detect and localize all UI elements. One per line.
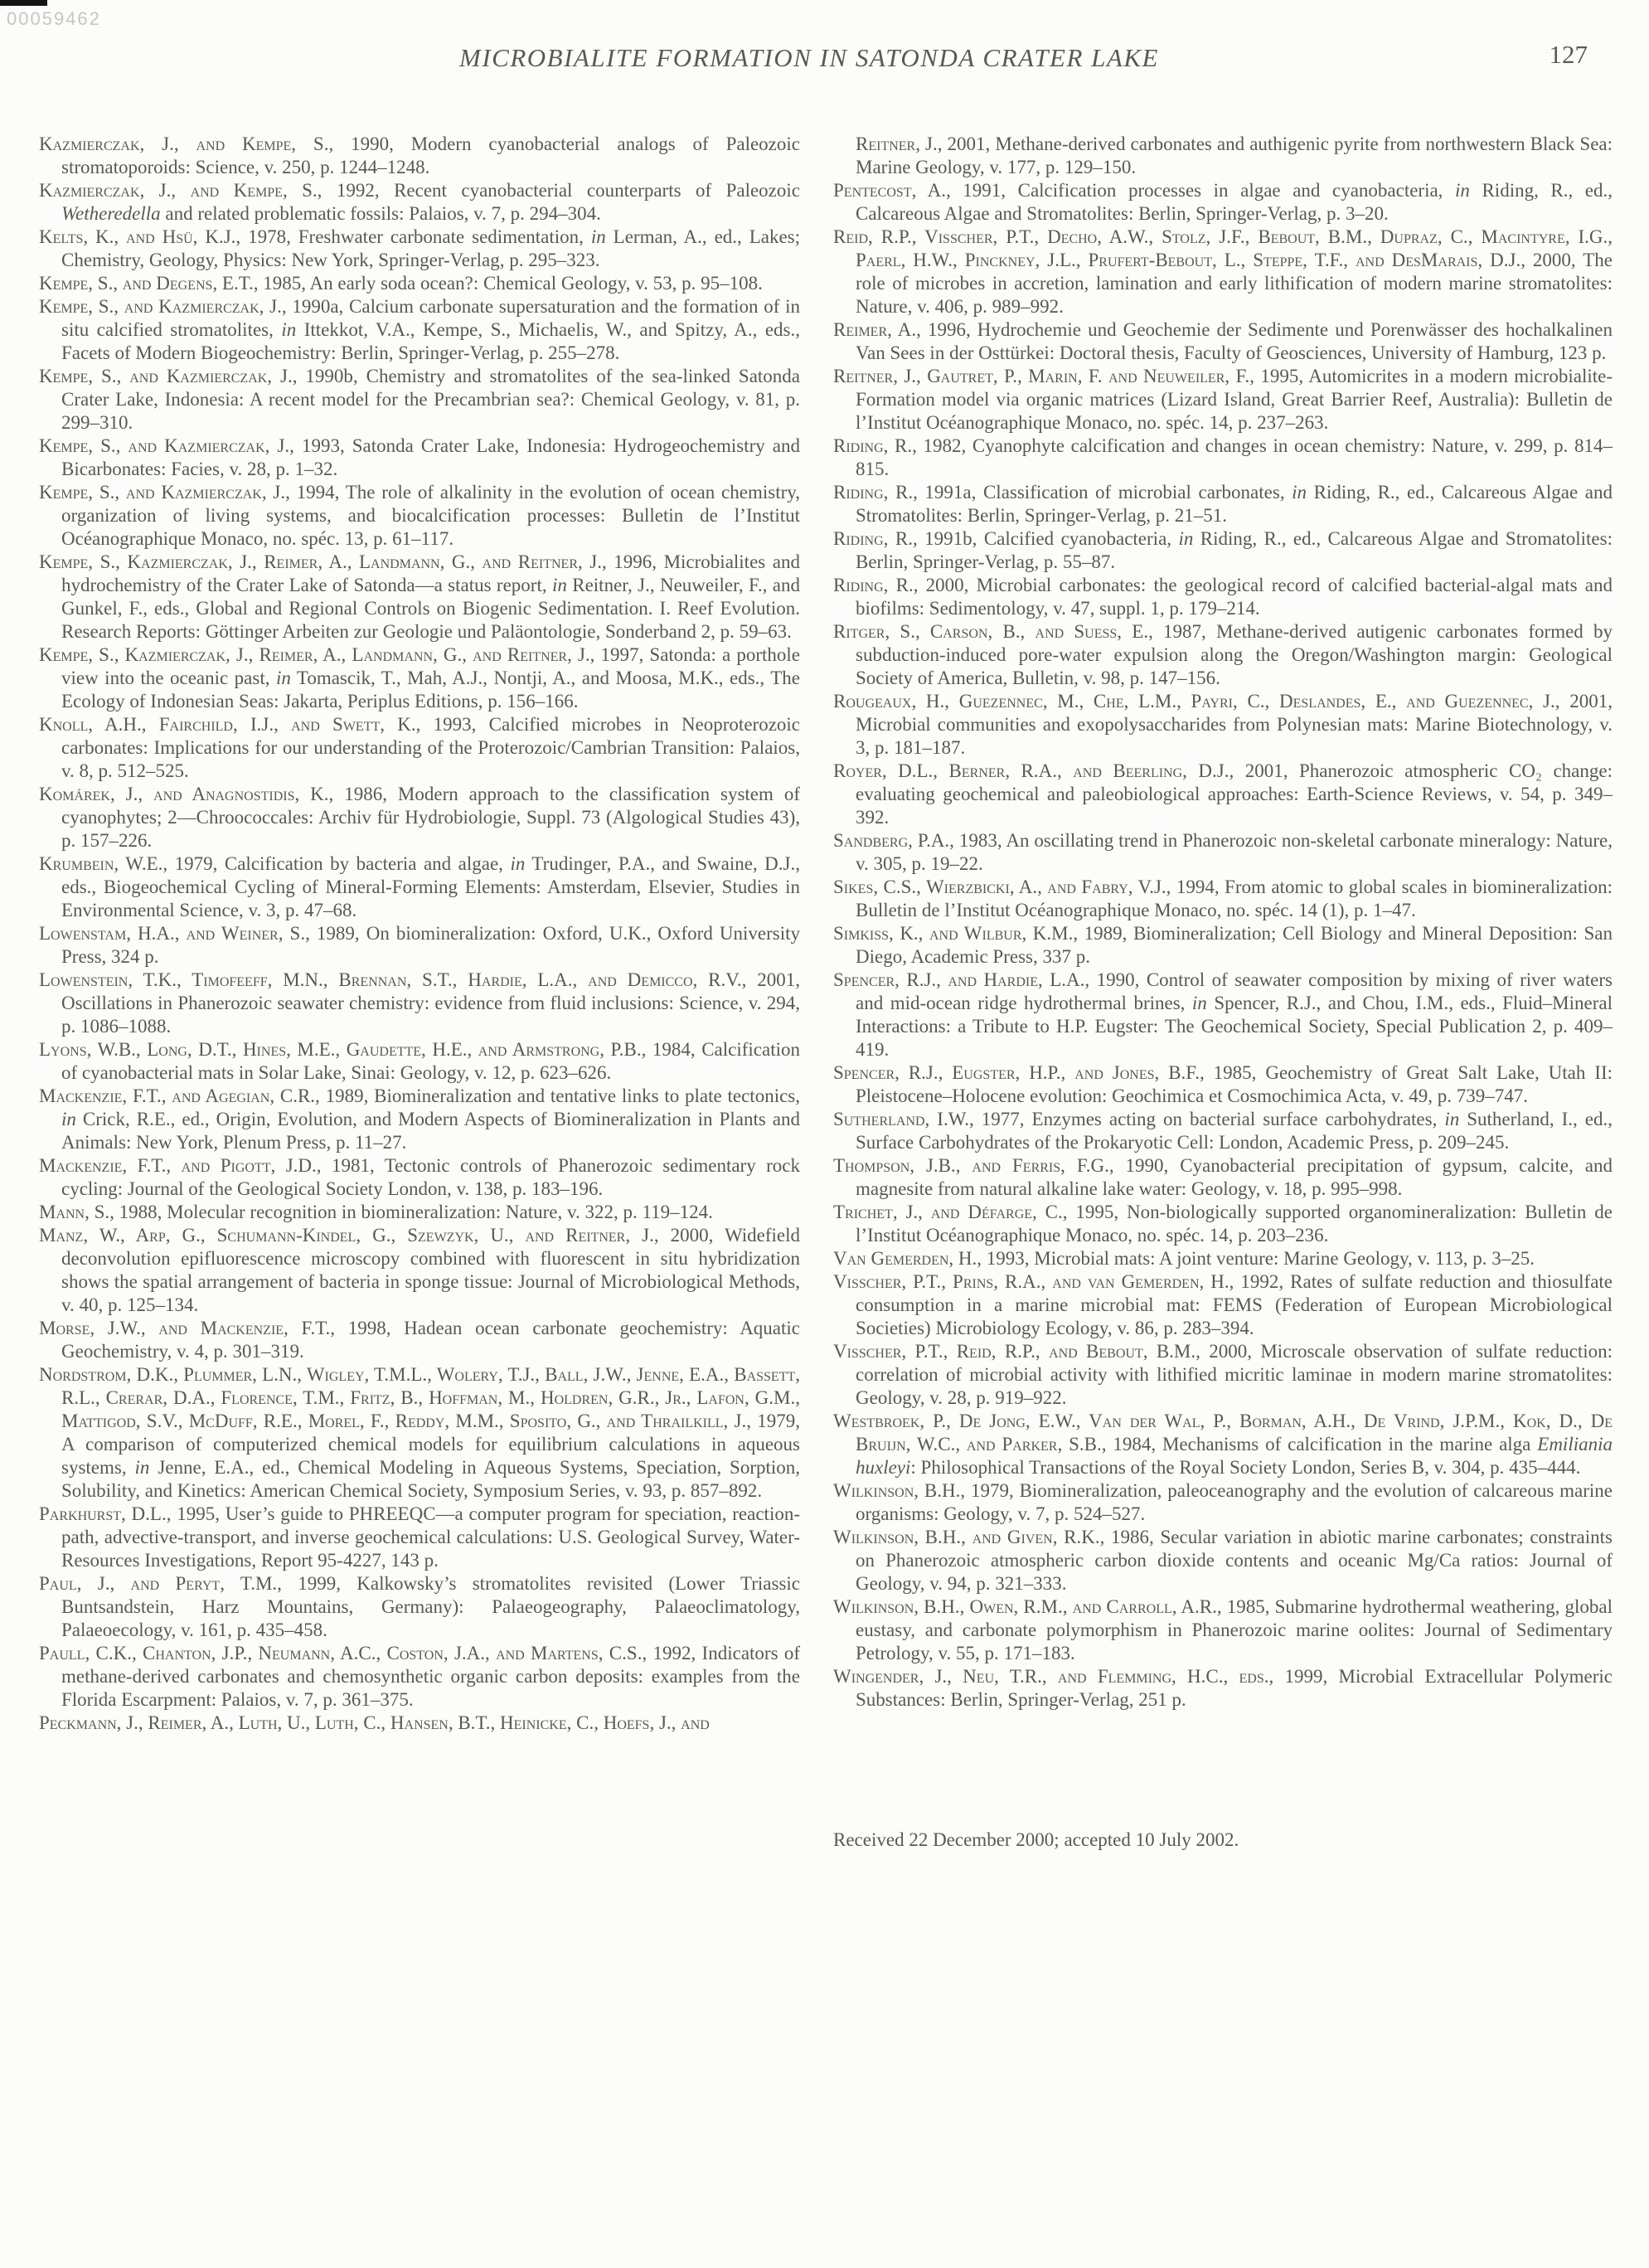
reference-entry: Knoll, A.H., Fairchild, I.J., and Swett,… [39, 713, 800, 783]
reference-authors: Reitner, J., Gautret, P., Marin, F. and … [833, 366, 1254, 386]
reference-entry: Kelts, K., and Hsü, K.J., 1978, Freshwat… [39, 226, 800, 272]
reference-authors: Thompson, J.B., and Ferris, F.G., [833, 1155, 1114, 1176]
reference-entry: Reimer, A., 1996, Hydrochemie und Geoche… [833, 318, 1613, 365]
reference-authors: Sikes, C.S., Wierzbicki, A., and Fabry, … [833, 877, 1171, 897]
reference-italic-text: in [281, 319, 296, 340]
reference-authors: Mackenzie, F.T., and Agegian, C.R., [39, 1085, 320, 1106]
reference-entry: Sutherland, I.W., 1977, Enzymes acting o… [833, 1108, 1613, 1154]
reference-text: 2001, Methane-derived carbonates and aut… [856, 134, 1613, 177]
reference-entry: Spencer, R.J., and Hardie, L.A., 1990, C… [833, 969, 1613, 1061]
reference-italic-text: in [276, 668, 291, 688]
reference-text: : Philosophical Transactions of the Roya… [910, 1457, 1580, 1478]
reference-entry: Visscher, P.T., Reid, R.P., and Bebout, … [833, 1340, 1613, 1410]
reference-authors: Krumbein, W.E., [39, 853, 167, 874]
scan-corner-mark [0, 0, 47, 6]
reference-entry: Kempe, S., Kazmierczak, J., Reimer, A., … [39, 551, 800, 643]
reference-authors: Reimer, A., [833, 319, 921, 340]
reference-authors: Parkhurst, D.L., [39, 1503, 171, 1524]
reference-authors: Spencer, R.J., Eugster, H.P., and Jones,… [833, 1062, 1205, 1083]
reference-entry: Lowenstein, T.K., Timofeeff, M.N., Brenn… [39, 969, 800, 1038]
reference-authors: Lowenstein, T.K., Timofeeff, M.N., Brenn… [39, 969, 746, 990]
received-note: Received 22 December 2000; accepted 10 J… [833, 1829, 1239, 1851]
reference-entry: Kempe, S., and Kazmierczak, J., 1990a, C… [39, 295, 800, 365]
reference-authors: Kempe, S., Kazmierczak, J., Reimer, A., … [39, 644, 594, 665]
reference-entry: Nordstrom, D.K., Plummer, L.N., Wigley, … [39, 1363, 800, 1503]
reference-entry: Kempe, S., Kazmierczak, J., Reimer, A., … [39, 643, 800, 713]
reference-authors: Morse, J.W., and Mackenzie, F.T., [39, 1318, 335, 1338]
reference-text: 1978, Freshwater carbonate sedimentation… [240, 226, 591, 247]
reference-entry: Simkiss, K., and Wilbur, K.M., 1989, Bio… [833, 922, 1613, 969]
reference-entry: Krumbein, W.E., 1979, Calcification by b… [39, 852, 800, 922]
reference-authors: Paull, C.K., Chanton, J.P., Neumann, A.C… [39, 1643, 647, 1663]
reference-entry: Royer, D.L., Berner, R.A., and Beerling,… [833, 760, 1613, 829]
page-number: 127 [1550, 40, 1588, 70]
reference-text: 1984, Mechanisms of calcification in the… [1106, 1434, 1537, 1455]
reference-text: 1992, Recent cyanobacterial counterparts… [322, 180, 800, 201]
reference-authors: Reitner, J., [856, 134, 942, 154]
reference-text: 1983, An oscillating trend in Phanerozoi… [856, 830, 1613, 874]
reference-entry: Pentecost, A., 1991, Calcification proce… [833, 179, 1613, 226]
reference-text: and related problematic fossils: Palaios… [161, 203, 601, 224]
reference-authors: Visscher, P.T., Reid, R.P., and Bebout, … [833, 1341, 1200, 1362]
reference-text: 1989, Biomineralization and tentative li… [320, 1085, 800, 1106]
reference-entry: Reitner, J., Gautret, P., Marin, F. and … [833, 365, 1613, 435]
reference-italic-text: in [135, 1457, 150, 1478]
reference-text: 1979, Biomineralization, paleoceanograph… [856, 1480, 1613, 1524]
scan-stamp-number: 00059462 [7, 8, 101, 30]
reference-entry: Parkhurst, D.L., 1995, User’s guide to P… [39, 1503, 800, 1572]
reference-text: Crick, R.E., ed., Origin, Evolution, and… [61, 1109, 800, 1153]
reference-authors: Mann, S., [39, 1202, 114, 1222]
reference-authors: Paul, J., and Peryt, T.M., [39, 1573, 282, 1594]
reference-authors: Kempe, S., and Kazmierczak, J., [39, 435, 294, 456]
reference-authors: Reid, R.P., Visscher, P.T., Decho, A.W.,… [833, 226, 1613, 270]
references-column-left: Kazmierczak, J., and Kempe, S., 1990, Mo… [39, 133, 800, 1735]
reference-entry: Visscher, P.T., Prins, R.A., and van Gem… [833, 1270, 1613, 1340]
reference-entry: Manz, W., Arp, G., Schumann-Kindel, G., … [39, 1224, 800, 1317]
reference-text: 1979, Calcification by bacteria and alga… [167, 853, 510, 874]
reference-entry: Rougeaux, H., Guezennec, M., Che, L.M., … [833, 690, 1613, 760]
reference-italic-text: in [591, 226, 606, 247]
reference-authors: Riding, R., [833, 482, 918, 503]
reference-authors: Pentecost, A., [833, 180, 951, 201]
reference-entry: Kempe, S., and Kazmierczak, J., 1993, Sa… [39, 435, 800, 481]
reference-authors: Kempe, S., Kazmierczak, J., Reimer, A., … [39, 551, 607, 572]
scanned-page: 00059462 MICROBIALITE FORMATION IN SATON… [0, 0, 1649, 2268]
reference-entry: Morse, J.W., and Mackenzie, F.T., 1998, … [39, 1317, 800, 1363]
reference-authors: Wilkinson, B.H., and Given, R.K., [833, 1527, 1104, 1547]
reference-entry: Paul, J., and Peryt, T.M., 1999, Kalkows… [39, 1572, 800, 1642]
reference-text: 1991a, Classification of microbial carbo… [918, 482, 1292, 503]
reference-entry: Paull, C.K., Chanton, J.P., Neumann, A.C… [39, 1642, 800, 1712]
reference-authors: Riding, R., [833, 528, 918, 549]
reference-authors: Sutherland, I.W., [833, 1109, 974, 1129]
reference-italic-text: in [510, 853, 525, 874]
reference-entry: Thompson, J.B., and Ferris, F.G., 1990, … [833, 1154, 1613, 1201]
reference-authors: Wilkinson, B.H., Owen, R.M., and Carroll… [833, 1596, 1222, 1617]
reference-entry: Kempe, S., and Degens, E.T., 1985, An ea… [39, 272, 800, 295]
reference-entry: Riding, R., 1991b, Calcified cyanobacter… [833, 527, 1613, 574]
reference-entry-continuation: Reitner, J., 2001, Methane-derived carbo… [833, 133, 1613, 179]
reference-entry: Reid, R.P., Visscher, P.T., Decho, A.W.,… [833, 226, 1613, 318]
reference-text: 1991, Calcification processes in algae a… [951, 180, 1455, 201]
reference-italic-text: in [1178, 528, 1193, 549]
reference-text: 1985, An early soda ocean?: Chemical Geo… [259, 273, 763, 294]
reference-entry: Kempe, S., and Kazmierczak, J., 1994, Th… [39, 481, 800, 551]
reference-authors: Simkiss, K., and Wilbur, K.M., [833, 923, 1078, 944]
reference-entry: Sikes, C.S., Wierzbicki, A., and Fabry, … [833, 876, 1613, 922]
reference-entry: Sandberg, P.A., 1983, An oscillating tre… [833, 829, 1613, 876]
reference-text: 1993, Microbial mats: A joint venture: M… [982, 1248, 1535, 1269]
reference-authors: Visscher, P.T., Prins, R.A., and van Gem… [833, 1271, 1234, 1292]
reference-entry: Wingender, J., Neu, T.R., and Flemming, … [833, 1665, 1613, 1712]
reference-entry: Van Gemerden, H., 1993, Microbial mats: … [833, 1247, 1613, 1270]
reference-entry: Komárek, J., and Anagnostidis, K., 1986,… [39, 783, 800, 852]
reference-italic-text: in [61, 1109, 76, 1129]
reference-authors: Sandberg, P.A., [833, 830, 954, 851]
reference-entry: Wilkinson, B.H., 1979, Biomineralization… [833, 1479, 1613, 1526]
reference-text: 2000, Microbial carbonates: the geologic… [856, 575, 1613, 619]
reference-authors: Van Gemerden, H., [833, 1248, 982, 1269]
reference-entry: Ritger, S., Carson, B., and Suess, E., 1… [833, 620, 1613, 690]
reference-authors: Kempe, S., and Kazmierczak, J., [39, 296, 287, 317]
reference-text: 1988, Molecular recognition in biominera… [114, 1202, 713, 1222]
reference-italic-text: in [552, 575, 567, 595]
reference-authors: Kempe, S., and Degens, E.T., [39, 273, 259, 294]
reference-entry: Kazmierczak, J., and Kempe, S., 1990, Mo… [39, 133, 800, 179]
reference-text: 1991b, Calcified cyanobacteria, [918, 528, 1179, 549]
reference-text: 1995, User’s guide to PHREEQC—a computer… [61, 1503, 800, 1571]
reference-entry: Spencer, R.J., Eugster, H.P., and Jones,… [833, 1061, 1613, 1108]
reference-authors: Kazmierczak, J., and Kempe, S., [39, 180, 322, 201]
reference-authors: Rougeaux, H., Guezennec, M., Che, L.M., … [833, 691, 1560, 711]
reference-authors: Nordstrom, D.K., Plummer, L.N., Wigley, … [39, 1364, 800, 1431]
reference-entry: Westbroek, P., De Jong, E.W., Van der Wa… [833, 1410, 1613, 1479]
reference-authors: Knoll, A.H., Fairchild, I.J., and Swett,… [39, 714, 420, 735]
reference-authors: Peckmann, J., Reimer, A., Luth, U., Luth… [39, 1712, 710, 1733]
references-column-right: Reitner, J., 2001, Methane-derived carbo… [833, 133, 1613, 1712]
reference-entry: Mackenzie, F.T., and Agegian, C.R., 1989… [39, 1085, 800, 1154]
reference-text: 1977, Enzymes acting on bacterial surfac… [974, 1109, 1445, 1129]
reference-entry: Wilkinson, B.H., Owen, R.M., and Carroll… [833, 1595, 1613, 1665]
reference-entry: Kempe, S., and Kazmierczak, J., 1990b, C… [39, 365, 800, 435]
reference-italic-text: in [1444, 1109, 1459, 1129]
reference-entry: Peckmann, J., Reimer, A., Luth, U., Luth… [39, 1712, 800, 1735]
reference-entry: Mackenzie, F.T., and Pigott, J.D., 1981,… [39, 1154, 800, 1201]
reference-authors: Spencer, R.J., and Hardie, L.A., [833, 969, 1089, 990]
reference-authors: Riding, R., [833, 435, 917, 456]
running-title: MICROBIALITE FORMATION IN SATONDA CRATER… [459, 43, 1159, 72]
reference-entry: Lowenstam, H.A., and Weiner, S., 1989, O… [39, 922, 800, 969]
reference-authors: Lowenstam, H.A., and Weiner, S., [39, 923, 310, 944]
reference-authors: Kazmierczak, J., and Kempe, S., [39, 134, 333, 154]
reference-entry: Riding, R., 1982, Cyanophyte calcificati… [833, 435, 1613, 481]
reference-entry: Lyons, W.B., Long, D.T., Hines, M.E., Ga… [39, 1038, 800, 1085]
reference-entry: Riding, R., 2000, Microbial carbonates: … [833, 574, 1613, 620]
reference-authors: Wilkinson, B.H., [833, 1480, 965, 1501]
reference-authors: Mackenzie, F.T., and Pigott, J.D., [39, 1155, 322, 1176]
reference-entry: Riding, R., 1991a, Classification of mic… [833, 481, 1613, 527]
reference-entry: Trichet, J., and Défarge, C., 1995, Non-… [833, 1201, 1613, 1247]
reference-authors: Manz, W., Arp, G., Schumann-Kindel, G., … [39, 1225, 659, 1246]
reference-authors: Komárek, J., and Anagnostidis, K., [39, 784, 333, 804]
reference-authors: Kempe, S., and Kazmierczak, J., [39, 482, 290, 503]
reference-text: 1982, Cyanophyte calcification and chang… [856, 435, 1613, 479]
reference-authors: Kempe, S., and Kazmierczak, J., [39, 366, 297, 386]
reference-authors: Trichet, J., and Défarge, C., [833, 1202, 1068, 1222]
reference-authors: Lyons, W.B., Long, D.T., Hines, M.E., Ga… [39, 1039, 646, 1060]
reference-authors: Kelts, K., and Hsü, K.J., [39, 226, 240, 247]
reference-italic-text: Wetheredella [61, 203, 161, 224]
reference-text: Jenne, E.A., ed., Chemical Modeling in A… [61, 1457, 800, 1501]
reference-authors: Wingender, J., Neu, T.R., and Flemming, … [833, 1666, 1273, 1687]
reference-authors: Royer, D.L., Berner, R.A., and Beerling,… [833, 760, 1234, 781]
reference-entry: Wilkinson, B.H., and Given, R.K., 1986, … [833, 1526, 1613, 1595]
reference-italic-text: in [1192, 993, 1207, 1013]
reference-italic-text: in [1292, 482, 1307, 503]
reference-entry: Kazmierczak, J., and Kempe, S., 1992, Re… [39, 179, 800, 226]
reference-authors: Ritger, S., Carson, B., and Suess, E., [833, 621, 1153, 642]
reference-text: 1996, Hydrochemie und Geochemie der Sedi… [856, 319, 1613, 363]
running-head: MICROBIALITE FORMATION IN SATONDA CRATER… [39, 43, 1579, 73]
reference-italic-text: in [1455, 180, 1470, 201]
reference-authors: Riding, R., [833, 575, 918, 595]
reference-entry: Mann, S., 1988, Molecular recognition in… [39, 1201, 800, 1224]
